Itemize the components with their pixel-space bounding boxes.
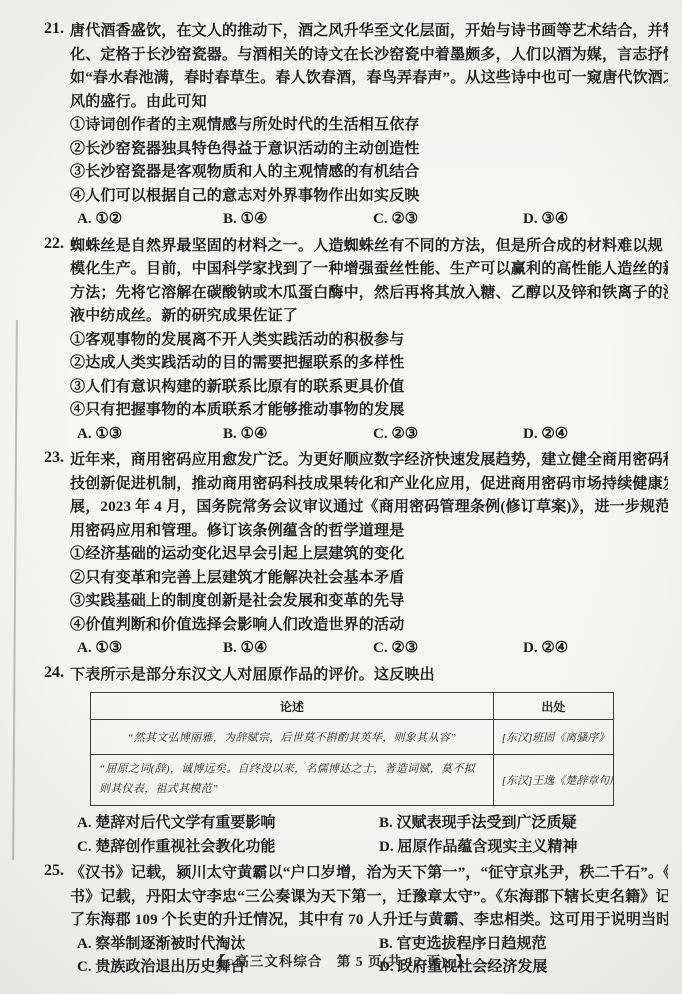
- question-number: 25.: [44, 862, 64, 880]
- options-row: A. 楚辞对后代文学有重要影响 B. 汉赋表现手法受到广泛质疑 C. 楚辞创作重…: [70, 812, 668, 859]
- header-source: 出处: [493, 693, 613, 720]
- question-23: 23. 近年来，商用密码应用愈发广泛。为更好顺应数字经济快速发展趋势，建立健全商…: [44, 449, 668, 661]
- option-d: D. 屈原作品蕴含现实主义精神: [379, 836, 668, 860]
- item-line: ④价值判断和价值选择会影响人们改造世界的活动: [70, 614, 668, 638]
- item-line: ①客观事物的发展离不开人类实践活动的积极参与: [70, 329, 668, 353]
- exam-page: 21. 唐代酒香盛饮，在文人的推动下，酒之风升华至文化层面，开始与诗书画等艺术结…: [0, 0, 682, 994]
- stem-line: 如“春水春池满，春时春草生。春人饮春酒，春鸟弄春声”。从这些诗中也可一窥唐代饮酒…: [70, 67, 668, 91]
- stem-line: 唐代酒香盛饮，在文人的推动下，酒之风升华至文化层面，开始与诗书画等艺术结合，并物: [70, 20, 668, 44]
- option-d: D. ③④: [523, 208, 668, 232]
- option-c: C. 楚辞创作重视社会教化功能: [77, 836, 379, 860]
- question-24: 24. 下表所示是部分东汉文人对屈原作品的评价。这反映出 论述 出处 “然其文弘…: [44, 664, 668, 860]
- option-a: A. ①②: [77, 208, 223, 232]
- options-row: A. ①② B. ①④ C. ②③ D. ③④: [70, 208, 668, 232]
- table-header-row: 论述 出处: [91, 693, 614, 720]
- stem-line: 模化生产。目前，中国科学家找到了一种增强蚕丝性能、生产可以赢利的高性能人造丝的新: [70, 258, 668, 282]
- options-row: A. ①③ B. ①④ C. ②③ D. ②④: [70, 423, 668, 447]
- stem-line: 书》记载，丹阳太守李忠“三公奏课为天下第一，迁豫章太守”。《东海郡下辖长吏名籍》…: [70, 886, 668, 910]
- stem-line: 化、定格于长沙窑瓷器。与酒相关的诗文在长沙窑瓷中着墨颇多，人们以酒为媒，言志抒怀: [70, 44, 668, 68]
- question-22: 22. 蜘蛛丝是自然界最坚固的材料之一。人造蜘蛛丝有不同的方法，但是所合成的材料…: [44, 235, 668, 447]
- option-c: C. ②③: [373, 208, 523, 232]
- option-a: A. 楚辞对后代文学有重要影响: [77, 812, 379, 836]
- item-line: ③人们有意识构建的新联系比原有的联系更具价值: [70, 376, 668, 400]
- item-line: ④只有把握事物的本质联系才能够推动事物的发展: [70, 399, 668, 423]
- item-line: ②长沙窑瓷器独具特色得益于意识活动的主动创造性: [70, 138, 668, 162]
- stem-line: 风的盛行。由此可知: [70, 91, 668, 115]
- question-number: 21.: [44, 20, 64, 38]
- stem-line: 下表所示是部分东汉文人对屈原作品的评价。这反映出: [70, 664, 668, 688]
- option-d: D. ②④: [523, 423, 668, 447]
- options-row: A. ①③ B. ①④ C. ②③ D. ②④: [70, 637, 668, 661]
- item-line: ④人们可以根据自己的意志对外界事物作出如实反映: [70, 185, 668, 209]
- question-number: 22.: [44, 235, 64, 253]
- option-b: B. 汉赋表现手法受到广泛质疑: [379, 812, 668, 836]
- source-cell: [东汉]班固《离骚序》: [493, 720, 613, 755]
- option-a: A. ①③: [77, 423, 223, 447]
- question-number: 23.: [44, 449, 64, 467]
- source-cell: [东汉]王逸《楚辞章句序》: [493, 755, 613, 806]
- item-line: ③实践基础上的制度创新是社会发展和变革的先导: [70, 590, 668, 614]
- page-content: 21. 唐代酒香盛饮，在文人的推动下，酒之风升华至文化层面，开始与诗书画等艺术结…: [44, 20, 668, 983]
- item-line: ③长沙窑瓷器是客观物质和人的主观情感的有机结合: [70, 161, 668, 185]
- item-line: ②达成人类实践活动的目的需要把握联系的多样性: [70, 352, 668, 376]
- stem-line: 近年来，商用密码应用愈发广泛。为更好顺应数字经济快速发展趋势，建立健全商用密码科: [70, 449, 668, 473]
- question-number: 24.: [44, 664, 64, 682]
- statement-cell: “然其文弘博丽雅，为辞赋宗，后世莫不斟酌其英华，则象其从容”: [91, 720, 494, 755]
- item-line: ①诗词创作者的主观情感与所处时代的生活相互依存: [70, 114, 668, 138]
- header-statement: 论述: [91, 693, 494, 720]
- option-c: C. ②③: [373, 637, 523, 661]
- table-row: “屈原之词(辞)，诚博远矣。自终没以来，名儒博达之士，著造词赋，莫不拟则其仪表，…: [91, 755, 614, 806]
- option-c: C. ②③: [373, 423, 523, 447]
- option-a: A. ①③: [77, 637, 223, 661]
- stem-line: 技创新促进机制，推动商用密码科技成果转化和产业化应用，促进商用密码市场持续健康发: [70, 473, 668, 497]
- option-b: B. ①④: [223, 637, 373, 661]
- stem-line: 液中纺成丝。新的研究成果佐证了: [70, 305, 668, 329]
- table-row: “然其文弘博丽雅，为辞赋宗，后世莫不斟酌其英华，则象其从容” [东汉]班固《离骚…: [91, 720, 614, 755]
- evaluation-table: 论述 出处 “然其文弘博丽雅，为辞赋宗，后世莫不斟酌其英华，则象其从容” [东汉…: [90, 692, 614, 806]
- stem-line: 了东海郡 109 个长吏的升迁情况，其中有 70 人升迁与黄霸、李忠相类。这可用…: [70, 909, 668, 933]
- page-footer: 【○高三文科综合 第 5 页(共 12 页)○】: [0, 950, 682, 970]
- stem-line: 方法；先将它溶解在碳酸钠或木瓜蛋白酶中，然后再将其放入糖、乙醇以及锌和铁离子的浸: [70, 282, 668, 306]
- item-line: ②只有变革和完善上层建筑才能解决社会基本矛盾: [70, 567, 668, 591]
- stem-line: 蜘蛛丝是自然界最坚固的材料之一。人造蜘蛛丝有不同的方法，但是所合成的材料难以规: [70, 235, 668, 259]
- question-21: 21. 唐代酒香盛饮，在文人的推动下，酒之风升华至文化层面，开始与诗书画等艺术结…: [44, 20, 668, 232]
- item-line: ①经济基础的运动变化迟早会引起上层建筑的变化: [70, 543, 668, 567]
- stem-line: 《汉书》记载，颍川太守黄霸以“户口岁增，治为天下第一”，“征守京兆尹，秩二千石”…: [70, 862, 668, 886]
- option-b: B. ①④: [223, 423, 373, 447]
- stem-line: 展，2023 年 4 月，国务院常务会议审议通过《商用密码管理条例(修订草案)》…: [70, 496, 668, 520]
- option-b: B. ①④: [223, 208, 373, 232]
- option-d: D. ②④: [523, 637, 668, 661]
- statement-cell: “屈原之词(辞)，诚博远矣。自终没以来，名儒博达之士，著造词赋，莫不拟则其仪表，…: [91, 755, 494, 806]
- stem-line: 用密码应用和管理。修订该条例蕴含的哲学道理是: [70, 520, 668, 544]
- scan-artifact-line: [12, 320, 17, 860]
